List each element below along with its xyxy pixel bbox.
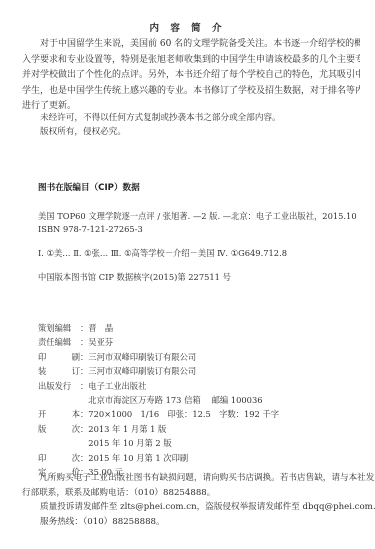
cip-record: 中国版本图书馆 CIP 数据核字(2015)第 227511 号 bbox=[38, 271, 231, 283]
credit-row-format: 开本 ：720×1000 1/16 印张：12.5 字数：192 千字 bbox=[38, 407, 279, 421]
credits-block: 策划编辑 ：晋 晶 责任编辑 ：吴亚芬 印刷 ：三河市双峰印刷装订有限公司 装订… bbox=[38, 321, 279, 479]
credit-row-edition: 版次 ：2013 年 1 月第 1 版 bbox=[38, 422, 279, 436]
credit-row-impression: 印次 ：2015 年 10 月第 1 次印刷 bbox=[38, 451, 279, 465]
credit-row-printing: 印刷 ：三河市双峰印刷装订有限公司 bbox=[38, 350, 279, 364]
footer-complaint-email: 质量投诉请发邮件至 zlts@phei.com.cn，盗版侵权举报请发邮件至 d… bbox=[22, 500, 362, 515]
summary-title: 内 容 简 介 bbox=[0, 20, 375, 34]
summary-paragraph: 对于中国留学生来说，美国前 60 名的文理学院备受关注。本书逐一介绍学校的概况、… bbox=[22, 37, 360, 115]
isbn: ISBN 978-7-121-27265-3 bbox=[38, 224, 143, 234]
footer-hotline: 服务热线：（010）88258888。 bbox=[22, 515, 362, 530]
credit-row-publisher-address: 北京市海淀区万寿路 173 信箱 邮编 100036 bbox=[38, 393, 279, 407]
cip-classification: Ⅰ. ①美… Ⅱ. ①张… Ⅲ. ①高等学校－介绍－美国 Ⅳ. ①G649.71… bbox=[38, 247, 287, 259]
rights-reserved: 版权所有，侵权必究。 bbox=[40, 125, 126, 140]
cip-heading: 图书在版编目（CIP）数据 bbox=[38, 181, 140, 193]
footer-notice: 凡所购买电子工业出版社图书有缺损问题，请向购买书店调换。若书店售缺，请与本社发 … bbox=[22, 471, 362, 529]
credit-row-publisher: 出版发行 ：电子工业出版社 bbox=[38, 379, 279, 393]
footer-line: 行部联系，联系及邮购电话：（010）88254888。 bbox=[22, 486, 362, 501]
summary-line: 并对学校做出了个性化的点评。另外，本书还介绍了每个学校自己的特色，尤其吸引中国 bbox=[22, 68, 360, 84]
footer-line: 凡所购买电子工业出版社图书有缺损问题，请向购买书店调换。若书店售缺，请与本社发 bbox=[22, 471, 362, 486]
cip-entry: 美国 TOP60 文理学院逐一点评 / 张旭著. —2 版. —北京：电子工业出… bbox=[38, 210, 357, 222]
summary-line: 入学要求和专业设置等，特别是张旭老师收集到的中国学生申请该校最多的几个主要专业， bbox=[22, 53, 360, 69]
credit-row-responsible-editor: 责任编辑 ：吴亚芬 bbox=[38, 335, 279, 349]
credit-row-binding: 装订 ：三河市双峰印刷装订有限公司 bbox=[38, 364, 279, 378]
copyright-notice: 未经许可，不得以任何方式复制或抄袭本书之部分或全部内容。 bbox=[40, 111, 281, 126]
credit-row-edition-2: 2015 年 10 月第 2 版 bbox=[38, 436, 279, 450]
credit-row-planning-editor: 策划编辑 ：晋 晶 bbox=[38, 321, 279, 335]
summary-line: 对于中国留学生来说，美国前 60 名的文理学院备受关注。本书逐一介绍学校的概况、 bbox=[22, 37, 360, 53]
summary-line: 学生，也是中国学生传统上感兴趣的专业。本书修订了学校及招生数据，对于排名等内容 bbox=[22, 84, 360, 100]
